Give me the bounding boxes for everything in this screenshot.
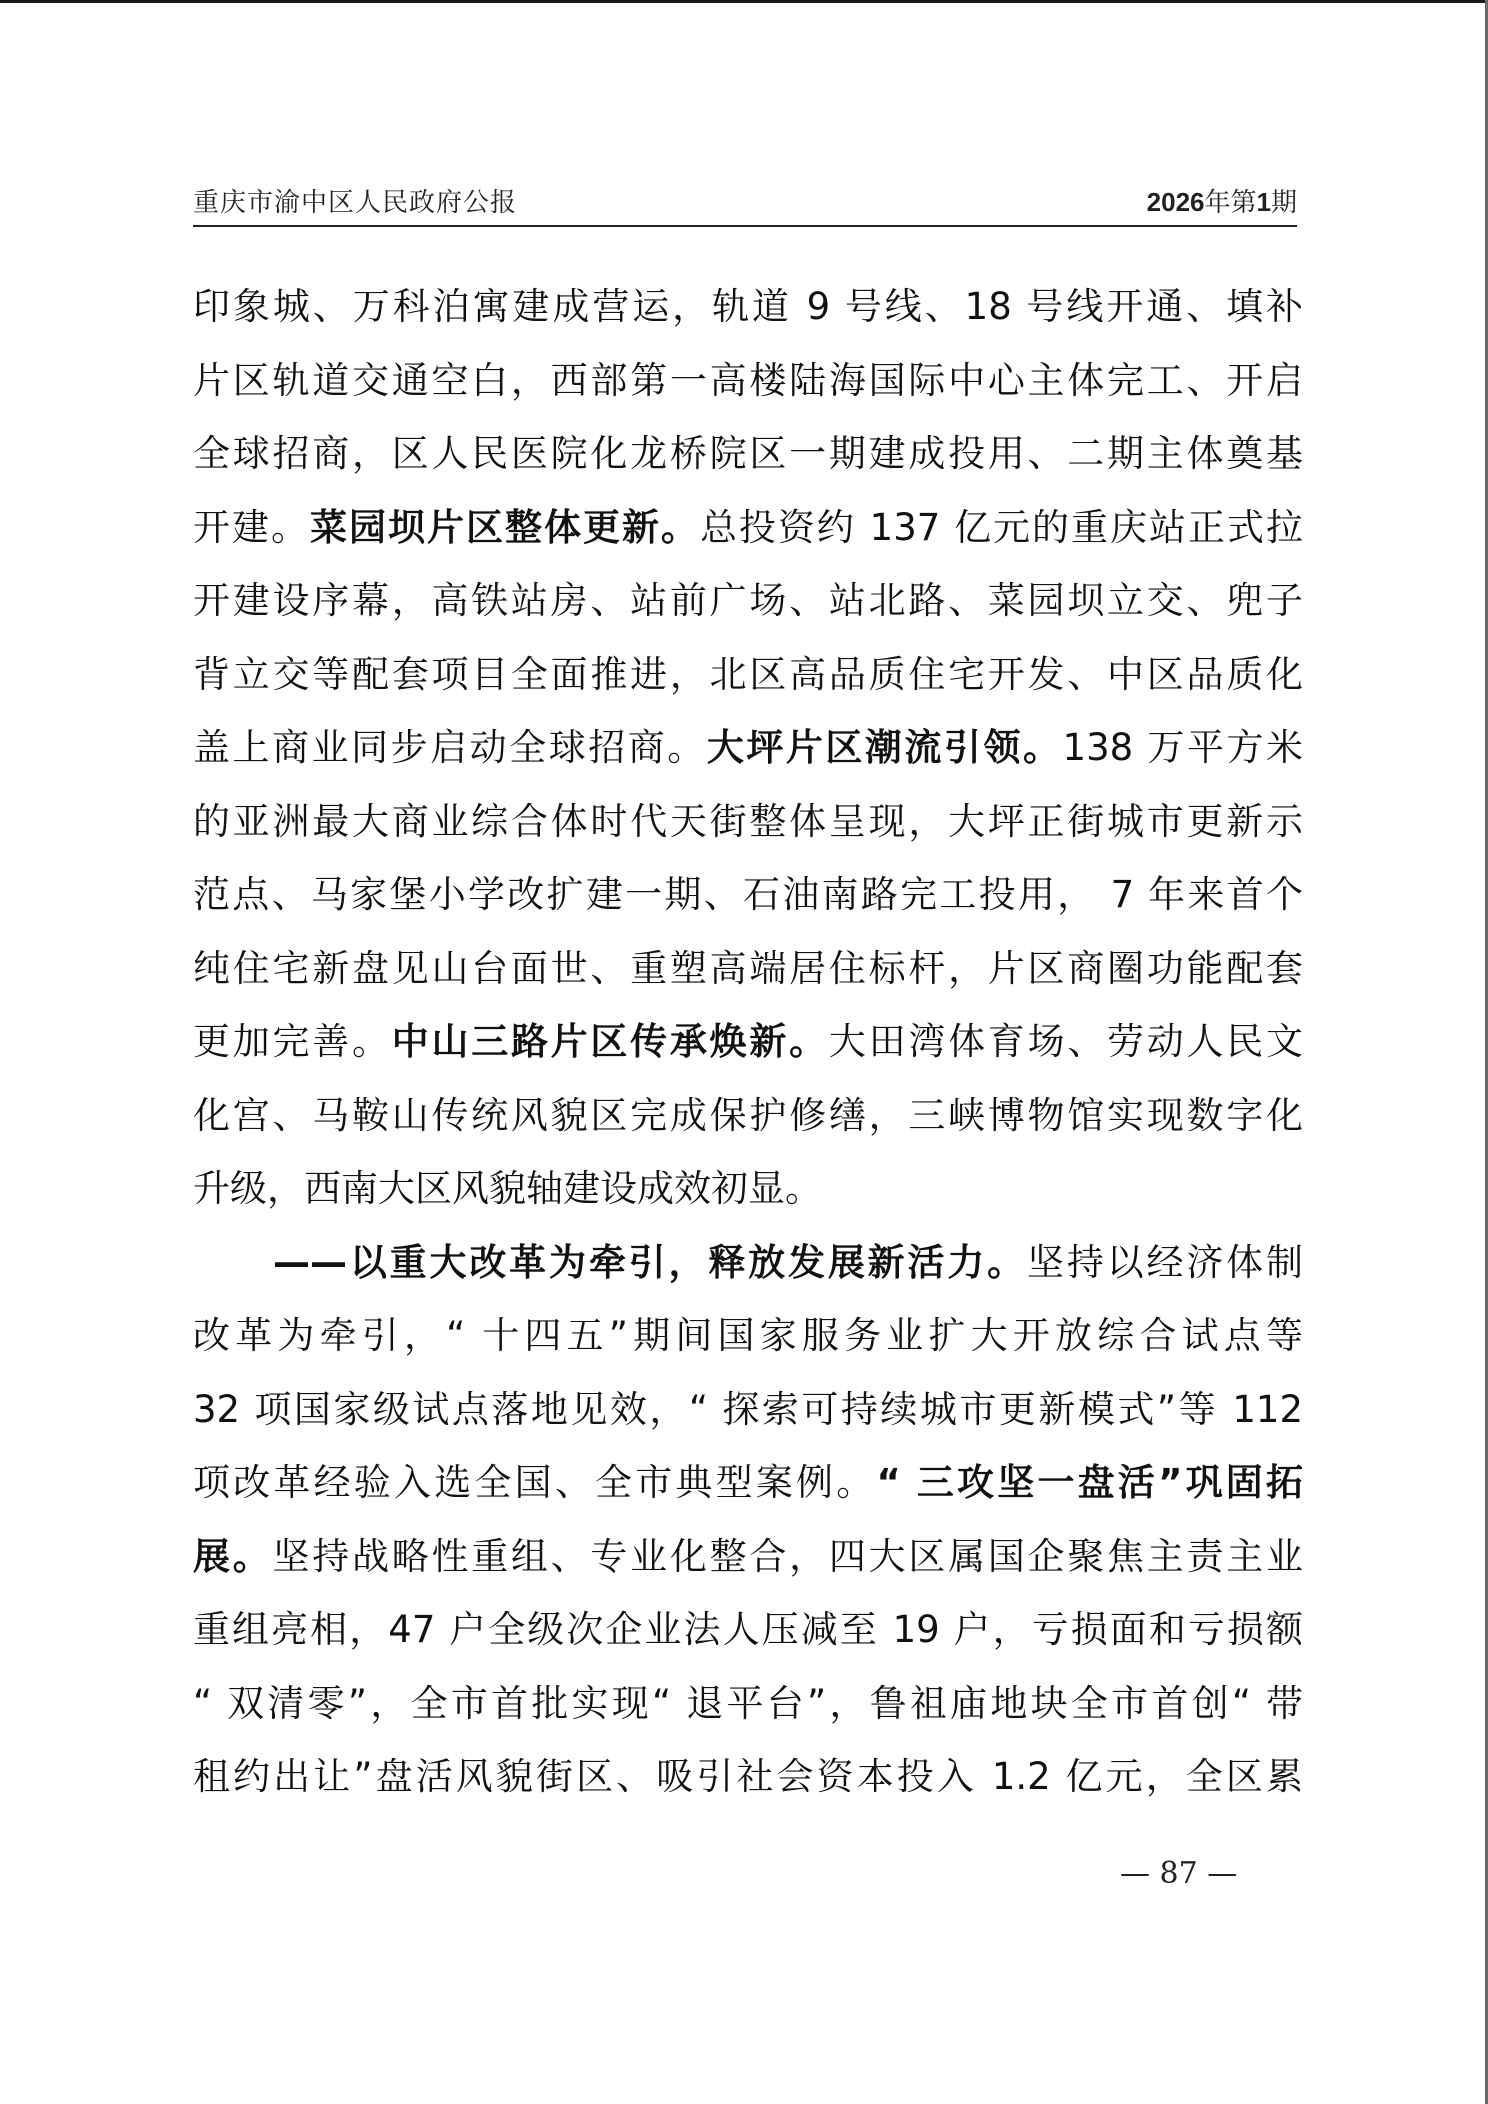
header-rule [193,225,1297,227]
text-segment: 改革为牵引，“ 十四五”期间国家服务业扩大开放综合试点等 [193,1314,1303,1357]
text-line: 背立交等配套项目全面推进，北区高品质住宅开发、中区品质化 [193,638,1303,712]
text-segment: 138 万平方米 [1063,726,1303,769]
body-text: 印象城、万科泊寓建成营运，轨道 9 号线、18 号线开通、填补片区轨道交通空白，… [193,270,1303,1814]
page-top-border [0,0,1488,3]
issue-year-suffix: 年第 [1205,188,1257,218]
text-segment: 重组亮相，47 户全级次企业法人压减至 19 户，亏损面和亏损额 [193,1608,1303,1651]
text-line: 重组亮相，47 户全级次企业法人压减至 19 户，亏损面和亏损额 [193,1593,1303,1667]
text-segment: 升级，西南大区风貌轴建设成效初显。 [193,1167,822,1210]
text-segment: 坚持战略性重组、专业化整合，四大区属国企聚焦主责主业 [272,1535,1303,1578]
text-line: 项改革经验入选全国、全市典型案例。“ 三攻坚一盘活”巩固拓 [193,1446,1303,1520]
issue-suffix: 期 [1271,188,1297,218]
text-line: 升级，西南大区风貌轴建设成效初显。 [193,1152,1303,1226]
publication-title: 重庆市渝中区人民政府公报 [193,182,517,219]
bold-heading-text: 中山三路片区传承焕新。 [392,1020,829,1063]
text-line: 印象城、万科泊寓建成营运，轨道 9 号线、18 号线开通、填补 [193,270,1303,344]
text-segment: 开建设序幕，高铁站房、站前广场、站北路、菜园坝立交、兜子 [193,579,1303,622]
bold-heading-text: ——以重大改革为牵引，释放发展新活力。 [273,1241,1027,1284]
text-line: 展。坚持战略性重组、专业化整合，四大区属国企聚焦主责主业 [193,1520,1303,1594]
text-segment: “ 双清零”，全市首批实现“ 退平台”，鲁祖庙地块全市首创“ 带 [193,1682,1303,1725]
text-segment: 范点、马家堡小学改扩建一期、石油南路完工投用， 7 年来首个 [193,873,1303,916]
text-segment: 背立交等配套项目全面推进，北区高品质住宅开发、中区品质化 [193,653,1303,696]
text-segment: 全球招商，区人民医院化龙桥院区一期建成投用、二期主体奠基 [193,432,1303,475]
text-line: 纯住宅新盘见山台面世、重塑高端居住标杆，片区商圈功能配套 [193,932,1303,1006]
text-line: 片区轨道交通空白，西部第一高楼陆海国际中心主体完工、开启 [193,344,1303,418]
text-segment: 租约出让”盘活风貌街区、吸引社会资本投入 1.2 亿元，全区累 [193,1755,1303,1798]
text-line: 租约出让”盘活风貌街区、吸引社会资本投入 1.2 亿元，全区累 [193,1740,1303,1814]
text-line: 开建。菜园坝片区整体更新。总投资约 137 亿元的重庆站正式拉 [193,491,1303,565]
issue-number: 1 [1257,187,1271,217]
text-segment: 大田湾体育场、劳动人民文 [829,1020,1303,1063]
bold-heading-text: 菜园坝片区整体更新。 [310,506,700,549]
text-segment: 盖上商业同步启动全球招商。 [193,726,707,769]
issue-year: 2026 [1147,187,1205,217]
text-line: 的亚洲最大商业综合体时代天街整体呈现，大坪正街城市更新示 [193,785,1303,859]
text-segment: 的亚洲最大商业综合体时代天街整体呈现，大坪正街城市更新示 [193,800,1303,843]
issue-label: 2026年第1期 [1147,182,1297,219]
text-line: 全球招商，区人民医院化龙桥院区一期建成投用、二期主体奠基 [193,417,1303,491]
text-segment: 片区轨道交通空白，西部第一高楼陆海国际中心主体完工、开启 [193,359,1303,402]
text-segment: 32 项国家级试点落地见效，“ 探索可持续城市更新模式”等 112 [193,1388,1303,1431]
text-segment: 总投资约 137 亿元的重庆站正式拉 [700,506,1303,549]
running-header: 重庆市渝中区人民政府公报 2026年第1期 [193,182,1297,226]
text-line: ——以重大改革为牵引，释放发展新活力。坚持以经济体制 [193,1226,1303,1300]
text-line: 改革为牵引，“ 十四五”期间国家服务业扩大开放综合试点等 [193,1299,1303,1373]
bold-heading-text: “ 三攻坚一盘活”巩固拓 [876,1461,1303,1504]
text-line: 化宫、马鞍山传统风貌区完成保护修缮，三峡博物馆实现数字化 [193,1079,1303,1153]
text-line: 盖上商业同步启动全球招商。大坪片区潮流引领。138 万平方米 [193,711,1303,785]
bold-heading-text: 大坪片区潮流引领。 [707,726,1063,769]
text-segment: 开建。 [193,506,310,549]
text-line: 32 项国家级试点落地见效，“ 探索可持续城市更新模式”等 112 [193,1373,1303,1447]
text-segment: 印象城、万科泊寓建成营运，轨道 9 号线、18 号线开通、填补 [193,285,1303,328]
text-segment: 纯住宅新盘见山台面世、重塑高端居住标杆，片区商圈功能配套 [193,947,1303,990]
text-line: 开建设序幕，高铁站房、站前广场、站北路、菜园坝立交、兜子 [193,564,1303,638]
text-line: 范点、马家堡小学改扩建一期、石油南路完工投用， 7 年来首个 [193,858,1303,932]
text-segment: 坚持以经济体制 [1027,1241,1303,1284]
page-number: — 87 — [1120,1856,1237,1891]
text-line: 更加完善。中山三路片区传承焕新。大田湾体育场、劳动人民文 [193,1005,1303,1079]
text-segment: 项改革经验入选全国、全市典型案例。 [193,1461,876,1504]
text-segment: 更加完善。 [193,1020,392,1063]
text-line: “ 双清零”，全市首批实现“ 退平台”，鲁祖庙地块全市首创“ 带 [193,1667,1303,1741]
text-segment: 化宫、马鞍山传统风貌区完成保护修缮，三峡博物馆实现数字化 [193,1094,1303,1137]
bold-heading-text: 展。 [193,1535,272,1578]
